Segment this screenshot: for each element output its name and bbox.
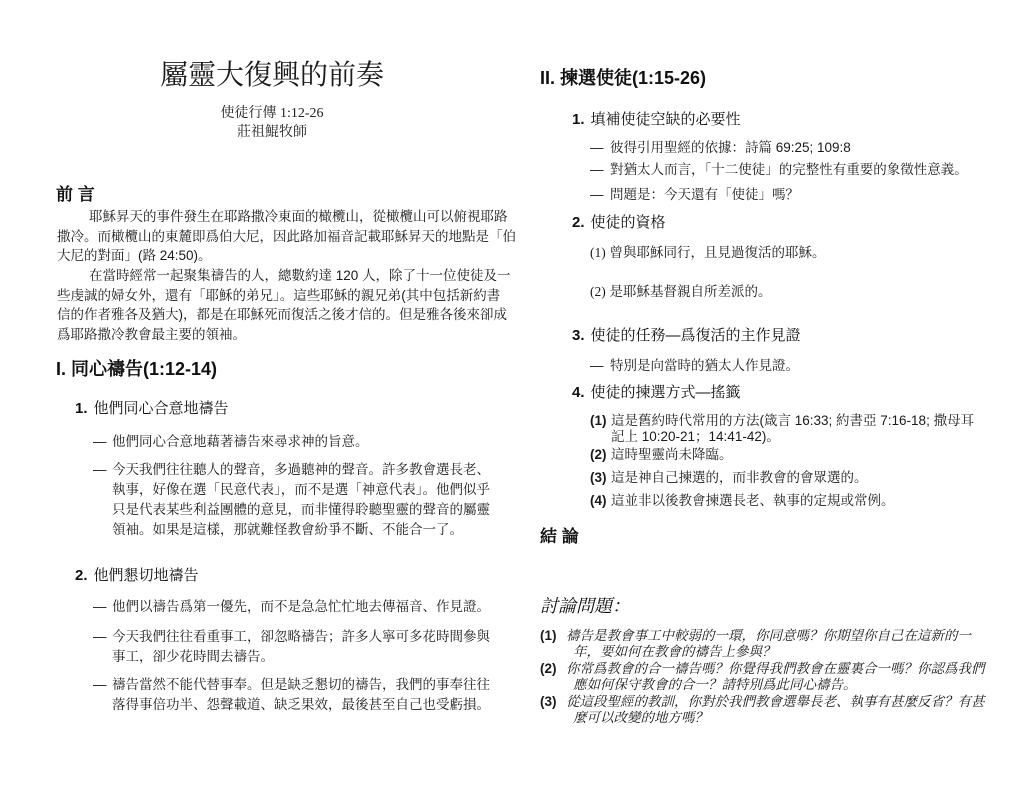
intro-paragraph-2: 在當時經常一起聚集禱告的人，總數約達 120 人，除了十一位使徒及一 些虔誠的婦…: [57, 266, 489, 344]
conclusion-heading: 結 論: [540, 527, 579, 547]
bullet-line: 今天我們往往看重事工，卻忽略禱告；許多人寧可多花時間參與: [112, 627, 490, 647]
bullet-line: 只是代表某些利益團體的意見，而非懂得聆聽聖靈的聲音的屬靈: [112, 500, 490, 520]
dash-icon: —: [93, 597, 107, 617]
bullet-line: 禱告當然不能代替事奉。但是缺乏懇切的禱告，我們的事奉往往: [112, 675, 490, 695]
item-number: (1): [590, 245, 606, 260]
document-title: 屬靈大復興的前奏: [57, 60, 487, 92]
bullet-item: 他們以禱告爲第一優先，而不是急急忙忙地去傳福音、作見證。: [112, 597, 490, 617]
section-2-heading: II. 揀選使徒(1:15-26): [540, 68, 706, 88]
item-number: (2): [590, 447, 607, 463]
document-page: 屬靈大復興的前奏 使徒行傳 1:12-26 莊祖鯤牧師 前 言 耶穌昇天的事件發…: [0, 0, 1024, 791]
section-2-point-3: 3.使徒的任務—爲復活的主作見證: [572, 327, 801, 345]
question-number: (2): [540, 661, 557, 677]
bullet-line: 今天我們往往聽人的聲音，多過聽神的聲音。許多教會選長老、: [112, 460, 490, 480]
point-number: 1.: [75, 400, 88, 417]
bullet-item: 對猶太人而言，「十二使徒」的完整性有重要的象徵性意義。: [610, 161, 968, 179]
section-1-point-1: 1.他們同心合意地禱告: [75, 400, 229, 418]
paragraph-line: 撒冷。而橄欖山的東麓即爲伯大尼，因此路加福音記載耶穌昇天的地點是「伯: [57, 227, 489, 247]
dash-icon: —: [93, 432, 107, 452]
paragraph-line: 爲耶路撒冷教會最主要的領袖。: [57, 325, 489, 345]
dash-icon: —: [93, 460, 107, 480]
bullet-item: 問題是：今天還有「使徒」嗎？: [610, 186, 799, 204]
bullet-line: 領袖。如果是這樣，那就難怪教會紛爭不斷、不能合一了。: [112, 520, 490, 540]
bullet-line: 落得事倍功半、怨聲載道、缺乏果效，最後甚至自己也受虧損。: [112, 695, 490, 715]
item-line: 這是舊約時代常用的方法(箴言 16:33; 約書亞 7:16-18; 撒母耳: [611, 413, 974, 429]
point-number: 2.: [572, 214, 585, 231]
list-item: 這並非以後教會揀選長老、執事的定規或常例。: [611, 493, 895, 509]
point-number: 1.: [572, 111, 585, 128]
list-item: (2) 是耶穌基督親自所差派的。: [590, 283, 772, 301]
section-1-point-2: 2.他們懇切地禱告: [75, 567, 199, 585]
point-label: 他們同心合意地禱告: [94, 400, 229, 417]
item-text: 是耶穌基督親自所差派的。: [610, 284, 772, 299]
point-number: 3.: [572, 327, 585, 344]
item-number: (4): [590, 493, 607, 509]
dash-icon: —: [590, 357, 604, 375]
list-item: 這時聖靈尚未降臨。: [611, 447, 733, 463]
question-line: 年，要如何在教會的禱告上參與？: [566, 644, 971, 660]
paragraph-line: 大尼的對面」(路 24:50)。: [57, 246, 489, 266]
bullet-line: 執事，好像在選「民意代表」，而不是選「神意代表」。他們似乎: [112, 480, 490, 500]
dash-icon: —: [590, 186, 604, 204]
section-2-point-1: 1.填補使徒空缺的必要性: [572, 111, 741, 129]
dash-icon: —: [590, 161, 604, 179]
scripture-reference: 使徒行傳 1:12-26: [57, 105, 487, 123]
bullet-line: 他們同心合意地藉著禱告來尋求神的旨意。: [112, 432, 369, 452]
bullet-item: 特別是向當時的猶太人作見證。: [610, 357, 799, 375]
bullet-line: 他們以禱告爲第一優先，而不是急急忙忙地去傳福音、作見證。: [112, 597, 490, 617]
dash-icon: —: [93, 627, 107, 647]
question-line: 應如何保守教會的合一？請特別爲此同心禱告。: [566, 677, 985, 693]
paragraph-line: 耶穌昇天的事件發生在耶路撒冷東面的橄欖山，從橄欖山可以俯視耶路: [57, 207, 489, 227]
author-name: 莊祖鯤牧師: [57, 124, 487, 142]
bullet-line: 事工，卻少花時間去禱告。: [112, 647, 490, 667]
point-label: 填補使徒空缺的必要性: [591, 111, 741, 128]
question-line: 你常爲教會的合一禱告嗎？你覺得我們教會在靈裏合一嗎？你認爲我們: [566, 661, 985, 677]
question-line: 從這段聖經的教訓，你對於我們教會選舉長老、執事有甚麼反省？有甚: [566, 694, 985, 710]
paragraph-line: 信的作者雅各及猶大)，都是在耶穌死而復活之後才信的。但是雅各後來卻成: [57, 305, 489, 325]
section-1-heading: I. 同心禱告(1:12-14): [56, 359, 217, 379]
section-2-point-2: 2.使徒的資格: [572, 214, 666, 232]
bullet-item: 他們同心合意地藉著禱告來尋求神的旨意。: [112, 432, 369, 452]
bullet-item: 彼得引用聖經的依據：詩篇 69:25; 109:8: [610, 139, 851, 157]
list-item: 這是舊約時代常用的方法(箴言 16:33; 約書亞 7:16-18; 撒母耳 記…: [611, 413, 974, 445]
bullet-item: 今天我們往往看重事工，卻忽略禱告；許多人寧可多花時間參與 事工，卻少花時間去禱告…: [112, 627, 490, 667]
paragraph-line: 些虔誠的婦女外，還有「耶穌的弟兄」。這些耶穌的親兄弟(其中包括新約書: [57, 286, 489, 306]
paragraph-line: 在當時經常一起聚集禱告的人，總數約達 120 人，除了十一位使徒及一: [57, 266, 489, 286]
question-number: (1): [540, 628, 557, 644]
list-item: 這是神自己揀選的，而非教會的會眾選的。: [611, 470, 868, 486]
dash-icon: —: [93, 675, 107, 695]
intro-heading: 前 言: [56, 185, 95, 205]
section-2-point-4: 4.使徒的揀選方式—搖籤: [572, 384, 741, 402]
item-number: (2): [590, 284, 606, 299]
item-number: (3): [590, 470, 607, 486]
discussion-question: 禱告是教會事工中較弱的一環，你同意嗎？你期望你自己在這新的一 年，要如何在教會的…: [566, 628, 971, 660]
point-label: 使徒的揀選方式—搖籤: [591, 384, 741, 401]
question-line: 禱告是教會事工中較弱的一環，你同意嗎？你期望你自己在這新的一: [566, 628, 971, 644]
bullet-item: 禱告當然不能代替事奉。但是缺乏懇切的禱告，我們的事奉往往 落得事倍功半、怨聲載道…: [112, 675, 490, 715]
intro-paragraph-1: 耶穌昇天的事件發生在耶路撒冷東面的橄欖山，從橄欖山可以俯視耶路 撒冷。而橄欖山的…: [57, 207, 489, 266]
item-line: 記上 10:20-21；14:41-42)。: [611, 429, 974, 445]
question-line: 麼可以改變的地方嗎？: [566, 710, 985, 726]
point-label: 使徒的資格: [591, 214, 666, 231]
point-label: 他們懇切地禱告: [94, 567, 199, 584]
point-label: 使徒的任務—爲復活的主作見證: [591, 327, 801, 344]
point-number: 2.: [75, 567, 88, 584]
list-item: (1) 曾與耶穌同行，且見過復活的耶穌。: [590, 244, 826, 262]
bullet-item: 今天我們往往聽人的聲音，多過聽神的聲音。許多教會選長老、 執事，好像在選「民意代…: [112, 460, 490, 540]
question-number: (3): [540, 694, 557, 710]
discussion-heading: 討論問題：: [540, 595, 630, 617]
discussion-question: 從這段聖經的教訓，你對於我們教會選舉長老、執事有甚麼反省？有甚 麼可以改變的地方…: [566, 694, 985, 726]
dash-icon: —: [590, 139, 604, 157]
point-number: 4.: [572, 384, 585, 401]
discussion-question: 你常爲教會的合一禱告嗎？你覺得我們教會在靈裏合一嗎？你認爲我們 應如何保守教會的…: [566, 661, 985, 693]
item-text: 曾與耶穌同行，且見過復活的耶穌。: [610, 245, 826, 260]
item-number: (1): [590, 413, 607, 429]
